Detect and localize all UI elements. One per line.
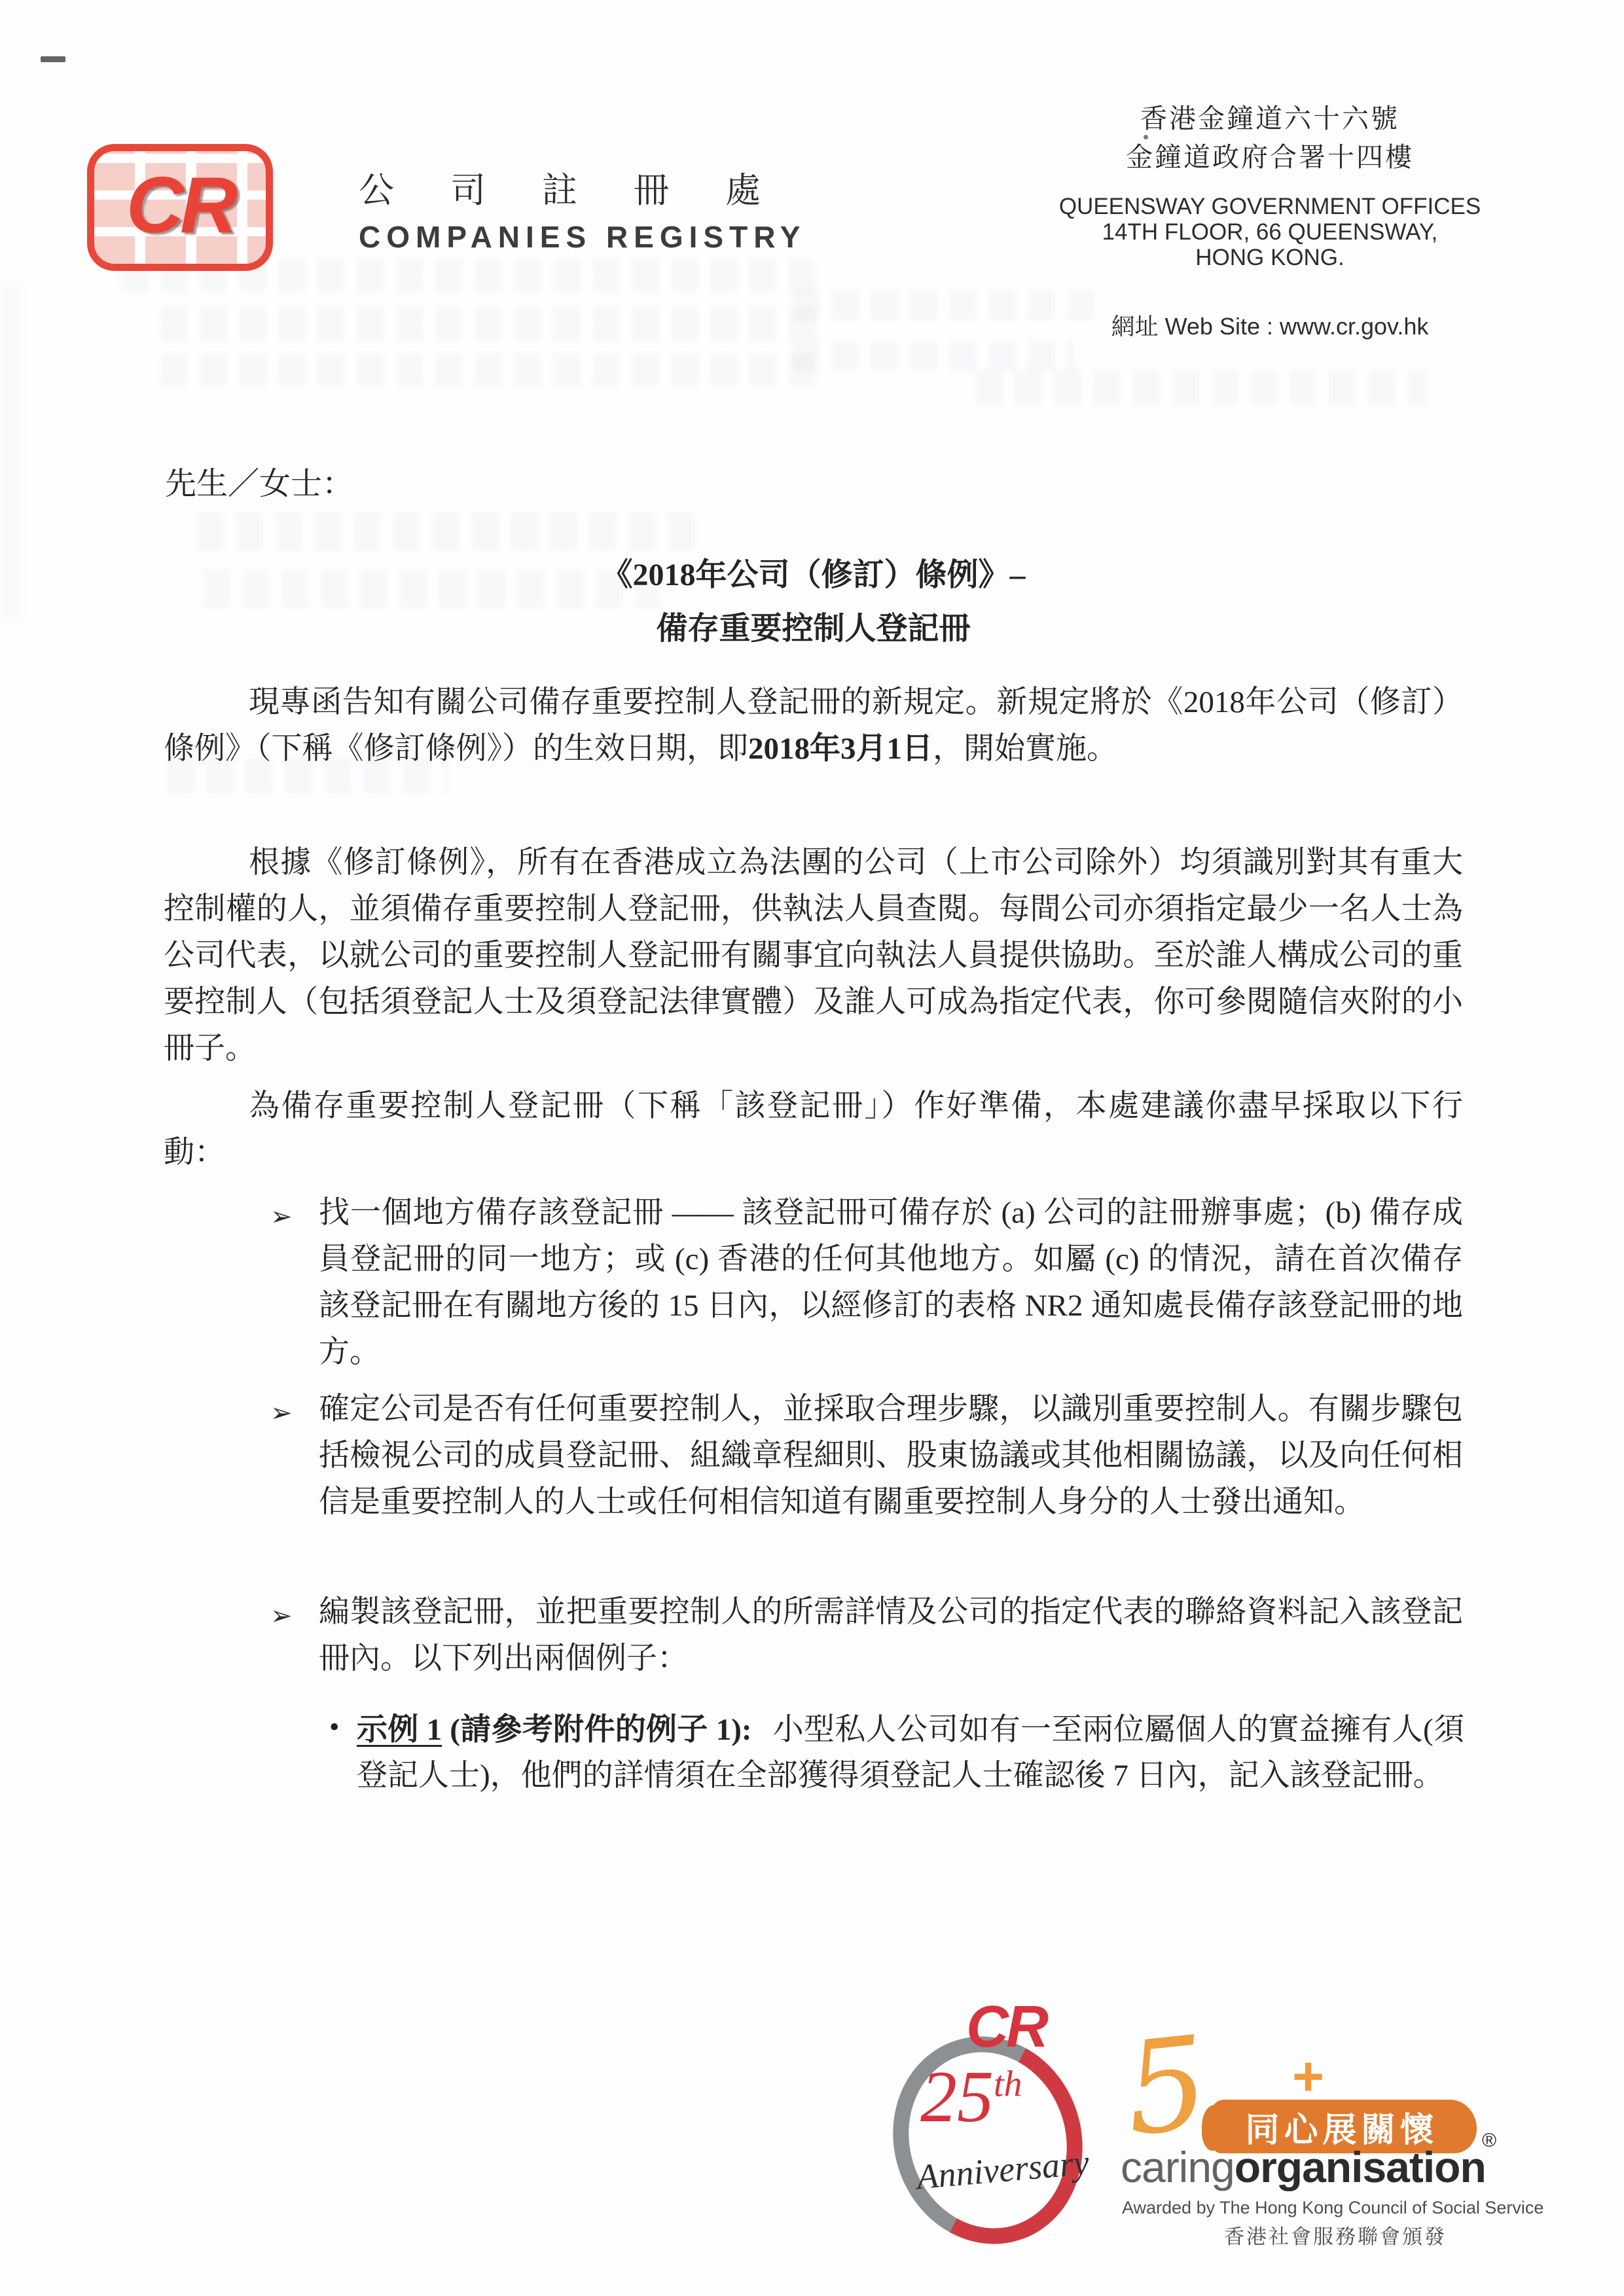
action-item-1-text: 找一個地方備存該登記冊 —— 該登記冊可備存於 (a) 公司的註冊辦事處；(b)… [319,1196,1463,1369]
action-item-3-text: 編製該登記冊，並把重要控制人的所需詳情及公司的指定代表的聯絡資料記入該登記冊內。… [319,1595,1463,1676]
bleedthrough-smudge [160,353,815,387]
example-1-reference: (請參考附件的例子 1): [450,1713,751,1747]
organisation-word: organisation [1235,2143,1486,2191]
letter-title-line-1: 《2018年公司（修訂）條例》– [164,548,1463,602]
caring-word: caring [1121,2143,1235,2191]
address-line-zh-2: 金鐘道政府合署十四樓 [962,138,1578,177]
action-item-2-text: 確定公司是否有任何重要控制人，並採取合理步驟，以識別重要控制人。有關步驟包括檢視… [319,1392,1463,1519]
awarded-by-line-zh: 香港社會服務聯會頒發 [1224,2220,1447,2250]
arrow-bullet-icon: ➢ [270,1593,293,1640]
letter-title: 《2018年公司（修訂）條例》– 備存重要控制人登記冊 [164,548,1463,656]
example-1-label: 示例 1 [357,1713,442,1747]
scanner-edge-shadow [0,281,22,622]
scanned-letter-page: CR 公司註冊處 COMPANIES REGISTRY 香港金鐘道六十六號 金鐘… [0,0,1624,2296]
department-name-en: COMPANIES REGISTRY [359,219,856,255]
paragraph-3: 為備存重要控制人登記冊（下稱「該登記冊」）作好準備，本處建議你盡早採取以下行動： [164,1083,1463,1176]
address-line-en-3: HONG KONG. [962,245,1578,270]
dot-bullet-icon: • [329,1704,339,1750]
cr-logo-text: CR [126,165,234,245]
caring-organisation-logo: 5 years + 同心展關懷 ® caringorganisation Awa… [1121,2017,1566,2240]
action-item-1: ➢ 找一個地方備存該登記冊 —— 該登記冊可備存於 (a) 公司的註冊辦事處；(… [319,1190,1463,1376]
address-block-en: QUEENSWAY GOVERNMENT OFFICES 14TH FLOOR,… [962,194,1578,270]
cr-25th-anniversary-logo: CR 25th Anniversary [889,1998,1092,2233]
address-line-zh-1: 香港金鐘道六十六號 [962,99,1578,138]
paragraph-2: 根據《修訂條例》，所有在香港成立為法團的公司（上市公司除外）均須識別對其有重大控… [164,840,1463,1072]
action-item-3: ➢ 編製該登記冊，並把重要控制人的所需詳情及公司的指定代表的聯絡資料記入該登記冊… [319,1589,1463,1682]
example-1: • 示例 1 (請參考附件的例子 1): 小型私人公司如有一至兩位屬個人的實益擁… [357,1707,1464,1799]
awarded-by-line-en: Awarded by The Hong Kong Council of Soci… [1122,2198,1543,2218]
caring-organisation-wordmark: caringorganisation [1121,2145,1486,2189]
bleedthrough-smudge [160,306,818,342]
bleedthrough-smudge [975,370,1427,406]
paragraph-1-tail: ，開始實施。 [933,732,1117,766]
address-line-en-2: 14TH FLOOR, 66 QUEENSWAY, [962,219,1578,245]
anniversary-25: 25 [920,2056,994,2138]
bleedthrough-smudge [196,512,700,551]
website-line: 網址 Web Site : www.cr.gov.hk [962,308,1578,342]
office-address-block: 香港金鐘道六十六號 金鐘道政府合署十四樓 QUEENSWAY GOVERNMEN… [962,99,1578,342]
arrow-bullet-icon: ➢ [270,1390,293,1437]
arrow-bullet-icon: ➢ [270,1194,293,1240]
letter-title-line-2: 備存重要控制人登記冊 [164,602,1463,656]
caring-plus-icon: + [1292,2049,1324,2104]
anniversary-number: 25th [920,2060,1022,2134]
effective-date: 2018年3月1日 [748,732,933,766]
salutation: 先生／女士： [165,458,353,503]
paragraph-1: 現專函告知有關公司備存重要控制人登記冊的新規定。新規定將於《2018年公司（修訂… [164,679,1463,772]
bleedthrough-smudge [792,340,1074,372]
scan-artifact-dash [41,56,65,62]
department-name-block: 公司註冊處 COMPANIES REGISTRY [359,162,856,255]
department-name-zh: 公司註冊處 [359,162,856,213]
anniversary-th: th [994,2064,1022,2105]
caring-5-glyph: 5 [1119,2018,1214,2154]
action-item-2: ➢ 確定公司是否有任何重要控制人，並採取合理步驟，以識別重要控制人。有關步驟包括… [319,1386,1463,1526]
address-line-en-1: QUEENSWAY GOVERNMENT OFFICES [962,194,1578,219]
anniversary-cr-text: CR [966,1994,1046,2061]
companies-registry-logo: CR [87,144,273,271]
